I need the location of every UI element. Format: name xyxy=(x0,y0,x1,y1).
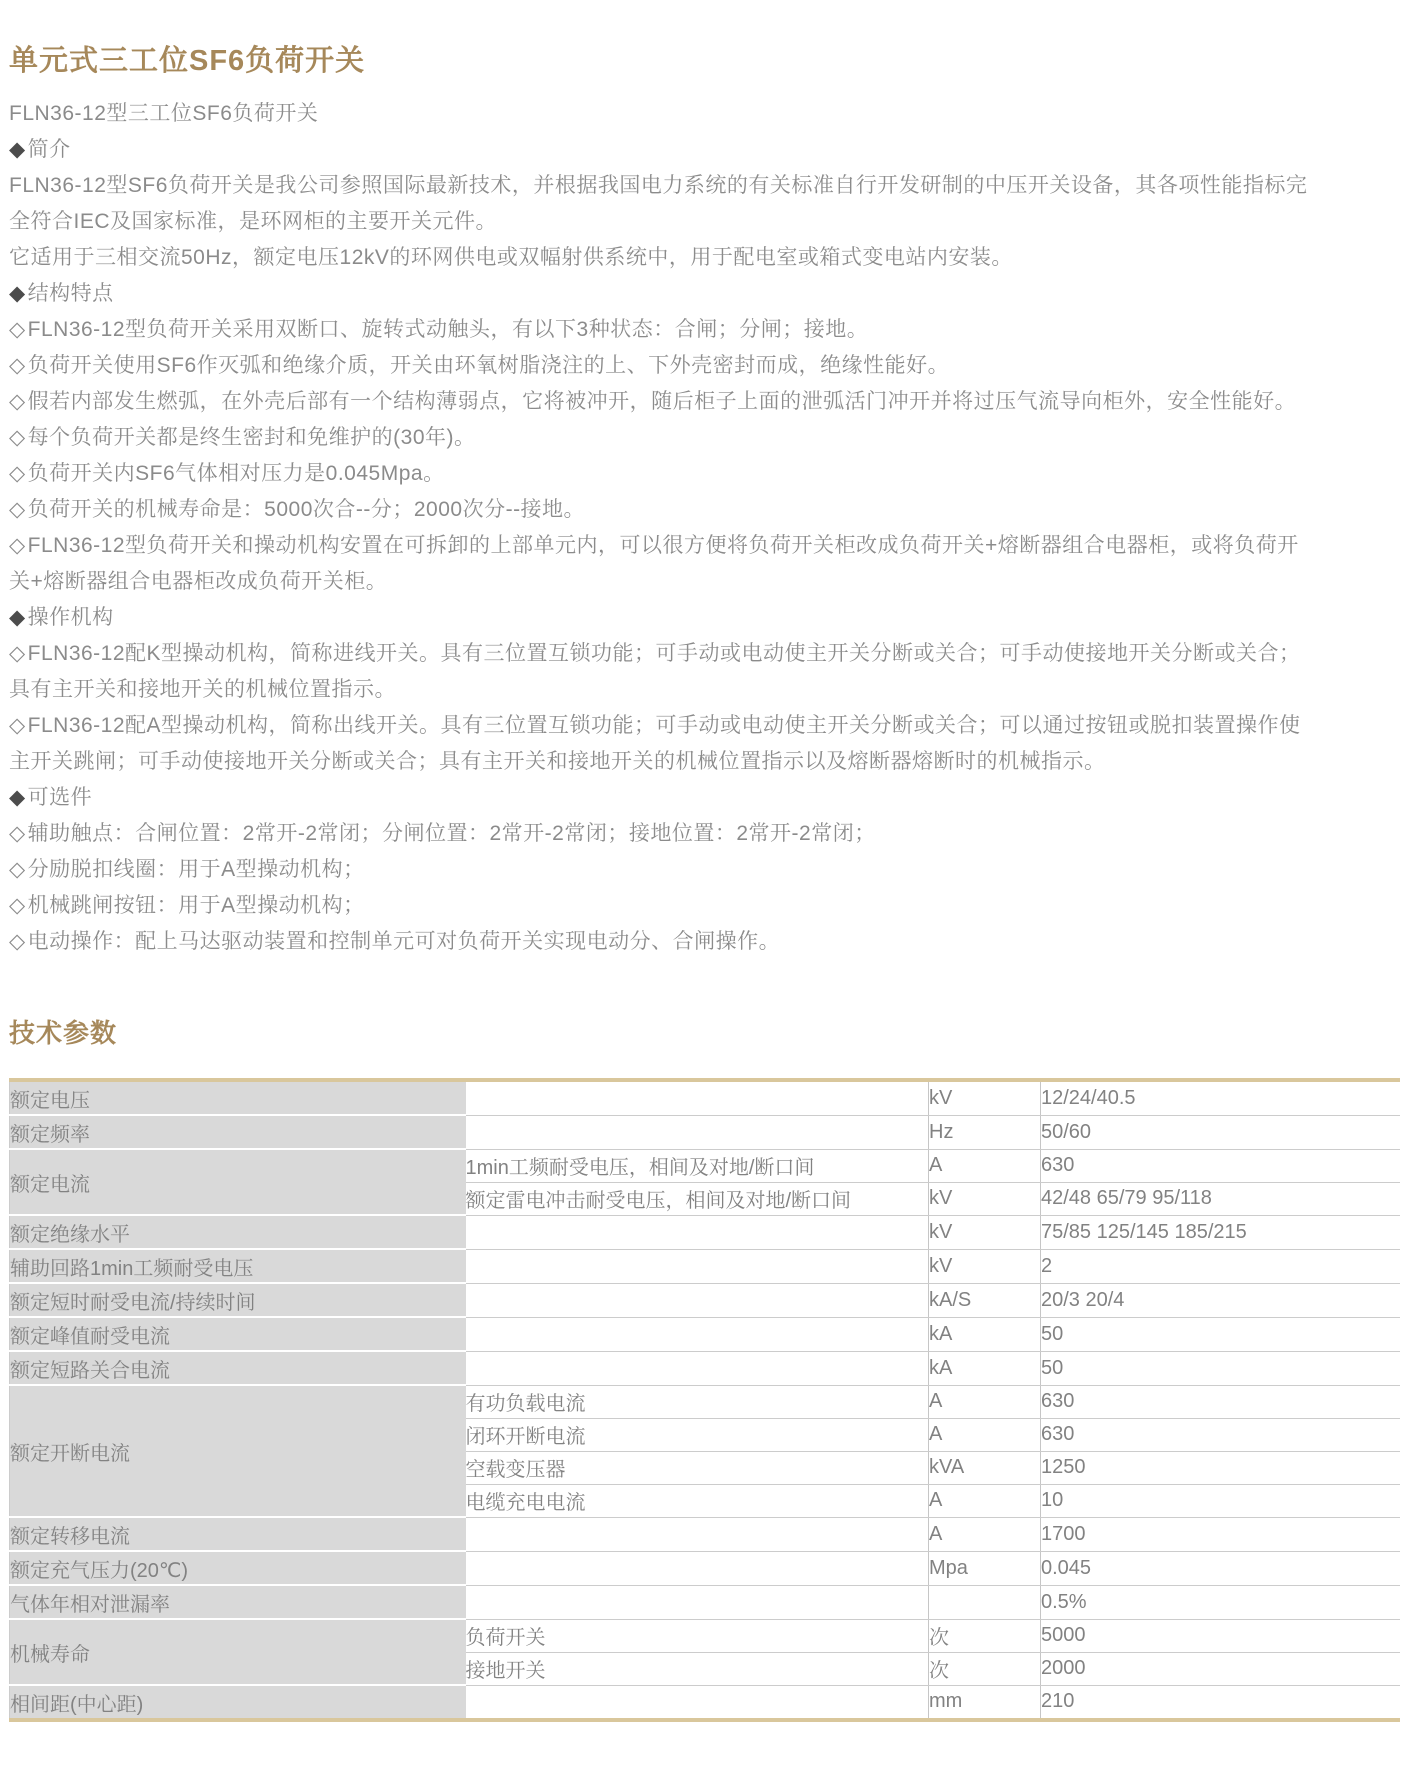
param-name-cell: 辅助回路1min工频耐受电压 xyxy=(10,1249,466,1283)
intro-line-text: 具有主开关和接地开关的机械位置指示。 xyxy=(9,678,396,701)
intro-line-text: FLN36-12型负荷开关和操动机构安置在可拆卸的上部单元内，可以很方便将负荷开… xyxy=(28,534,1299,557)
intro-line: ◆操作机构 xyxy=(9,600,1398,636)
param-unit-cell: kA/S xyxy=(929,1283,1041,1317)
param-value-cell: 5000 xyxy=(1041,1619,1400,1652)
intro-line-text: 它适用于三相交流50Hz，额定电压12kV的环网供电或双幅射供系统中，用于配电室… xyxy=(9,246,1013,269)
intro-line-text: FLN36-12型三工位SF6负荷开关 xyxy=(9,102,318,125)
item-diamond-icon: ◇ xyxy=(9,822,26,845)
intro-line: ◆简介 xyxy=(9,132,1398,168)
intro-line: ◇电动操作：配上马达驱动装置和控制单元可对负荷开关实现电动分、合闸操作。 xyxy=(9,924,1398,960)
param-sub-cell: 空载变压器 xyxy=(466,1451,929,1484)
item-diamond-icon: ◇ xyxy=(9,354,26,377)
param-name-cell: 额定绝缘水平 xyxy=(10,1215,466,1249)
param-name-cell: 气体年相对泄漏率 xyxy=(10,1585,466,1619)
intro-line-text: 主开关跳闸；可手动使接地开关分断或关合；具有主开关和接地开关的机械位置指示以及熔… xyxy=(9,750,1106,773)
section-diamond-icon: ◆ xyxy=(9,606,26,629)
item-diamond-icon: ◇ xyxy=(9,534,26,557)
intro-line: ◇FLN36-12配A型操动机构，简称出线开关。具有三位置互锁功能；可手动或电动… xyxy=(9,708,1398,744)
tech-params-table: 额定电压kV12/24/40.5额定频率Hz50/60额定电流1min工频耐受电… xyxy=(9,1078,1400,1722)
param-name-cell: 额定电流 xyxy=(10,1149,466,1215)
param-sub-cell xyxy=(466,1115,929,1149)
param-value-cell: 2000 xyxy=(1041,1652,1400,1685)
param-value-cell: 630 xyxy=(1041,1418,1400,1451)
table-row: 辅助回路1min工频耐受电压kV2 xyxy=(10,1249,1400,1283)
param-sub-cell: 接地开关 xyxy=(466,1652,929,1685)
param-sub-cell xyxy=(466,1249,929,1283)
intro-line: ◇负荷开关的机械寿命是：5000次合--分；2000次分--接地。 xyxy=(9,492,1398,528)
section-diamond-icon: ◆ xyxy=(9,138,26,161)
item-diamond-icon: ◇ xyxy=(9,714,26,737)
param-name-cell: 额定转移电流 xyxy=(10,1517,466,1551)
param-name-cell: 额定开断电流 xyxy=(10,1385,466,1517)
intro-line-text: 机械跳闸按钮：用于A型操动机构； xyxy=(28,894,365,917)
intro-line-text: 电动操作：配上马达驱动装置和控制单元可对负荷开关实现电动分、合闸操作。 xyxy=(28,930,781,953)
param-sub-cell: 额定雷电冲击耐受电压，相间及对地/断口间 xyxy=(466,1182,929,1215)
item-diamond-icon: ◇ xyxy=(9,894,26,917)
param-value-cell: 1700 xyxy=(1041,1517,1400,1551)
item-diamond-icon: ◇ xyxy=(9,498,26,521)
param-value-cell: 0.5% xyxy=(1041,1585,1400,1619)
param-name-cell: 额定峰值耐受电流 xyxy=(10,1317,466,1351)
param-sub-cell: 闭环开断电流 xyxy=(466,1418,929,1451)
param-unit-cell: kA xyxy=(929,1351,1041,1385)
item-diamond-icon: ◇ xyxy=(9,642,26,665)
param-value-cell: 50 xyxy=(1041,1317,1400,1351)
intro-line-text: 操作机构 xyxy=(28,606,114,629)
intro-line: ◇辅助触点：合闸位置：2常开-2常闭；分闸位置：2常开-2常闭；接地位置：2常开… xyxy=(9,816,1398,852)
param-sub-cell xyxy=(466,1551,929,1585)
item-diamond-icon: ◇ xyxy=(9,930,26,953)
param-value-cell: 42/48 65/79 95/118 xyxy=(1041,1182,1400,1215)
intro-line: ◇FLN36-12配K型操动机构，简称进线开关。具有三位置互锁功能；可手动或电动… xyxy=(9,636,1398,672)
intro-line: ◇FLN36-12型负荷开关和操动机构安置在可拆卸的上部单元内，可以很方便将负荷… xyxy=(9,528,1398,564)
item-diamond-icon: ◇ xyxy=(9,426,26,449)
param-sub-cell xyxy=(466,1585,929,1619)
param-sub-cell: 负荷开关 xyxy=(466,1619,929,1652)
intro-line: ◇分励脱扣线圈：用于A型操动机构； xyxy=(9,852,1398,888)
param-unit-cell: kVA xyxy=(929,1451,1041,1484)
param-value-cell: 10 xyxy=(1041,1484,1400,1517)
intro-line: 它适用于三相交流50Hz，额定电压12kV的环网供电或双幅射供系统中，用于配电室… xyxy=(9,240,1398,276)
param-unit-cell: 次 xyxy=(929,1652,1041,1685)
table-row: 额定开断电流有功负载电流A630 xyxy=(10,1385,1400,1418)
table-row: 额定绝缘水平kV75/85 125/145 185/215 xyxy=(10,1215,1400,1249)
table-row: 额定峰值耐受电流kA50 xyxy=(10,1317,1400,1351)
intro-line-text: FLN36-12型负荷开关采用双断口、旋转式动触头，有以下3种状态：合闸；分闸；… xyxy=(28,318,869,341)
intro-line: 关+熔断器组合电器柜改成负荷开关柜。 xyxy=(9,564,1398,600)
param-unit-cell: kA xyxy=(929,1317,1041,1351)
param-sub-cell xyxy=(466,1351,929,1385)
table-row: 机械寿命负荷开关次5000 xyxy=(10,1619,1400,1652)
intro-line: ◆可选件 xyxy=(9,780,1398,816)
param-value-cell: 50/60 xyxy=(1041,1115,1400,1149)
param-name-cell: 机械寿命 xyxy=(10,1619,466,1685)
param-unit-cell: kV xyxy=(929,1249,1041,1283)
param-value-cell: 12/24/40.5 xyxy=(1041,1080,1400,1115)
param-sub-cell: 1min工频耐受电压，相间及对地/断口间 xyxy=(466,1149,929,1182)
intro-line-text: 结构特点 xyxy=(28,282,114,305)
intro-line: FLN36-12型三工位SF6负荷开关 xyxy=(9,96,1398,132)
item-diamond-icon: ◇ xyxy=(9,390,26,413)
intro-line-text: 分励脱扣线圈：用于A型操动机构； xyxy=(28,858,365,881)
param-sub-cell: 电缆充电电流 xyxy=(466,1484,929,1517)
param-unit-cell: A xyxy=(929,1385,1041,1418)
intro-line: ◇负荷开关内SF6气体相对压力是0.045Mpa。 xyxy=(9,456,1398,492)
param-value-cell: 1250 xyxy=(1041,1451,1400,1484)
param-value-cell: 210 xyxy=(1041,1685,1400,1720)
param-sub-cell xyxy=(466,1283,929,1317)
tech-params-table-body: 额定电压kV12/24/40.5额定频率Hz50/60额定电流1min工频耐受电… xyxy=(10,1080,1400,1720)
intro-text: FLN36-12型三工位SF6负荷开关◆简介FLN36-12型SF6负荷开关是我… xyxy=(9,96,1398,960)
intro-line: ◇每个负荷开关都是终生密封和免维护的(30年)。 xyxy=(9,420,1398,456)
param-unit-cell: mm xyxy=(929,1685,1041,1720)
intro-line-text: FLN36-12配K型操动机构，简称进线开关。具有三位置互锁功能；可手动或电动使… xyxy=(28,642,1301,665)
table-row: 额定充气压力(20℃)Mpa0.045 xyxy=(10,1551,1400,1585)
intro-line: 具有主开关和接地开关的机械位置指示。 xyxy=(9,672,1398,708)
param-unit-cell: kV xyxy=(929,1080,1041,1115)
table-row: 额定短时耐受电流/持续时间kA/S20/3 20/4 xyxy=(10,1283,1400,1317)
intro-line: ◇假若内部发生燃弧，在外壳后部有一个结构薄弱点，它将被冲开，随后柜子上面的泄弧活… xyxy=(9,384,1398,420)
param-unit-cell: 次 xyxy=(929,1619,1041,1652)
section-diamond-icon: ◆ xyxy=(9,786,26,809)
item-diamond-icon: ◇ xyxy=(9,318,26,341)
intro-line-text: 负荷开关内SF6气体相对压力是0.045Mpa。 xyxy=(28,462,445,485)
intro-line: ◇机械跳闸按钮：用于A型操动机构； xyxy=(9,888,1398,924)
intro-line-text: 辅助触点：合闸位置：2常开-2常闭；分闸位置：2常开-2常闭；接地位置：2常开-… xyxy=(28,822,876,845)
param-unit-cell: A xyxy=(929,1517,1041,1551)
intro-line-text: 负荷开关的机械寿命是：5000次合--分；2000次分--接地。 xyxy=(28,498,585,521)
intro-line: 主开关跳闸；可手动使接地开关分断或关合；具有主开关和接地开关的机械位置指示以及熔… xyxy=(9,744,1398,780)
intro-line: 全符合IEC及国家标准，是环网柜的主要开关元件。 xyxy=(9,204,1398,240)
param-sub-cell xyxy=(466,1215,929,1249)
intro-line-text: 关+熔断器组合电器柜改成负荷开关柜。 xyxy=(9,570,387,593)
param-unit-cell: A xyxy=(929,1484,1041,1517)
param-value-cell: 630 xyxy=(1041,1149,1400,1182)
param-value-cell: 50 xyxy=(1041,1351,1400,1385)
product-datasheet-page: 单元式三工位SF6负荷开关 FLN36-12型三工位SF6负荷开关◆简介FLN3… xyxy=(0,44,1407,1722)
param-unit-cell: A xyxy=(929,1149,1041,1182)
section-title-tech-params: 技术参数 xyxy=(9,1017,1398,1049)
param-name-cell: 额定电压 xyxy=(10,1080,466,1115)
param-name-cell: 额定短路关合电流 xyxy=(10,1351,466,1385)
intro-line: FLN36-12型SF6负荷开关是我公司参照国际最新技术，并根据我国电力系统的有… xyxy=(9,168,1398,204)
table-row: 额定电流1min工频耐受电压，相间及对地/断口间A630 xyxy=(10,1149,1400,1182)
param-name-cell: 额定充气压力(20℃) xyxy=(10,1551,466,1585)
param-sub-cell: 有功负载电流 xyxy=(466,1385,929,1418)
intro-line: ◇FLN36-12型负荷开关采用双断口、旋转式动触头，有以下3种状态：合闸；分闸… xyxy=(9,312,1398,348)
intro-line-text: 负荷开关使用SF6作灭弧和绝缘介质，开关由环氧树脂浇注的上、下外壳密封而成，绝缘… xyxy=(28,354,950,377)
table-row: 额定转移电流A1700 xyxy=(10,1517,1400,1551)
table-row: 气体年相对泄漏率0.5% xyxy=(10,1585,1400,1619)
param-name-cell: 额定频率 xyxy=(10,1115,466,1149)
item-diamond-icon: ◇ xyxy=(9,858,26,881)
item-diamond-icon: ◇ xyxy=(9,462,26,485)
param-unit-cell: kV xyxy=(929,1182,1041,1215)
table-row: 额定频率Hz50/60 xyxy=(10,1115,1400,1149)
intro-line-text: 全符合IEC及国家标准，是环网柜的主要开关元件。 xyxy=(9,210,497,233)
intro-line-text: 假若内部发生燃弧，在外壳后部有一个结构薄弱点，它将被冲开，随后柜子上面的泄弧活门… xyxy=(28,390,1297,413)
section-diamond-icon: ◆ xyxy=(9,282,26,305)
page-title: 单元式三工位SF6负荷开关 xyxy=(9,44,1398,78)
param-sub-cell xyxy=(466,1517,929,1551)
param-unit-cell xyxy=(929,1585,1041,1619)
intro-line-text: 简介 xyxy=(28,138,71,161)
param-value-cell: 2 xyxy=(1041,1249,1400,1283)
param-unit-cell: Hz xyxy=(929,1115,1041,1149)
param-value-cell: 20/3 20/4 xyxy=(1041,1283,1400,1317)
param-name-cell: 额定短时耐受电流/持续时间 xyxy=(10,1283,466,1317)
param-value-cell: 0.045 xyxy=(1041,1551,1400,1585)
table-row: 相间距(中心距)mm210 xyxy=(10,1685,1400,1720)
param-sub-cell xyxy=(466,1685,929,1720)
param-unit-cell: kV xyxy=(929,1215,1041,1249)
param-unit-cell: A xyxy=(929,1418,1041,1451)
table-row: 额定电压kV12/24/40.5 xyxy=(10,1080,1400,1115)
intro-line-text: FLN36-12型SF6负荷开关是我公司参照国际最新技术，并根据我国电力系统的有… xyxy=(9,174,1307,197)
intro-line: ◆结构特点 xyxy=(9,276,1398,312)
intro-line-text: 可选件 xyxy=(28,786,93,809)
intro-line-text: FLN36-12配A型操动机构，简称出线开关。具有三位置互锁功能；可手动或电动使… xyxy=(28,714,1301,737)
param-value-cell: 75/85 125/145 185/215 xyxy=(1041,1215,1400,1249)
param-sub-cell xyxy=(466,1080,929,1115)
param-value-cell: 630 xyxy=(1041,1385,1400,1418)
intro-line-text: 每个负荷开关都是终生密封和免维护的(30年)。 xyxy=(28,426,476,449)
param-sub-cell xyxy=(466,1317,929,1351)
table-row: 额定短路关合电流kA50 xyxy=(10,1351,1400,1385)
param-name-cell: 相间距(中心距) xyxy=(10,1685,466,1720)
param-unit-cell: Mpa xyxy=(929,1551,1041,1585)
intro-line: ◇负荷开关使用SF6作灭弧和绝缘介质，开关由环氧树脂浇注的上、下外壳密封而成，绝… xyxy=(9,348,1398,384)
